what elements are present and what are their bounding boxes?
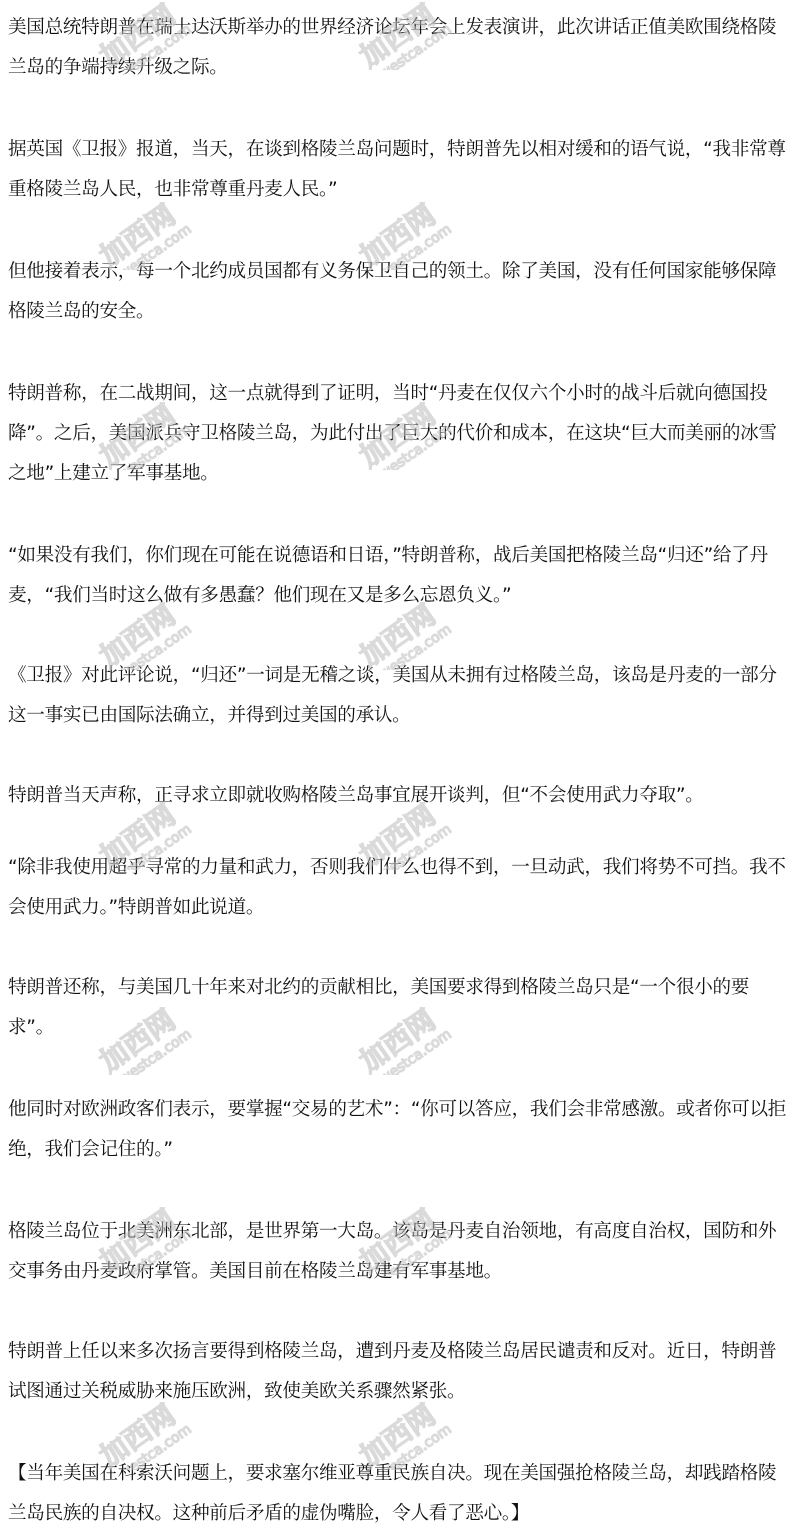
paragraph: 特朗普称，在二战期间，这一点就得到了证明，当时“丹麦在仅仅六个小时的战斗后就向德… [8, 374, 794, 494]
paragraph: 格陵兰岛位于北美洲东北部，是世界第一大岛。该岛是丹麦自治领地，有高度自治权，国防… [8, 1212, 794, 1292]
paragraph: 《卫报》对此评论说，“归还”一词是无稽之谈，美国从未拥有过格陵兰岛，该岛是丹麦的… [8, 656, 794, 736]
paragraph: 特朗普上任以来多次扬言要得到格陵兰岛，遭到丹麦及格陵兰岛居民谴责和反对。近日，特… [8, 1332, 794, 1412]
paragraph: 特朗普还称，与美国几十年来对北约的贡献相比，美国要求得到格陵兰岛只是“一个很小的… [8, 968, 794, 1048]
paragraph: 美国总统特朗普在瑞士达沃斯举办的世界经济论坛年会上发表演讲，此次讲话正值美欧围绕… [8, 8, 794, 88]
paragraph: 他同时对欧洲政客们表示，要掌握“交易的艺术”：“你可以答应，我们会非常感激。或者… [8, 1090, 794, 1170]
paragraph: 但他接着表示，每一个北约成员国都有义务保卫自己的领土。除了美国，没有任何国家能够… [8, 252, 794, 332]
paragraph: 特朗普当天声称，正寻求立即就收购格陵兰岛事宜展开谈判，但“不会使用武力夺取”。 [8, 776, 794, 816]
paragraph: 据英国《卫报》报道，当天，在谈到格陵兰岛问题时，特朗普先以相对缓和的语气说，“我… [8, 130, 794, 210]
paragraph: “除非我使用超乎寻常的力量和武力，否则我们什么也得不到，一旦动武，我们将势不可挡… [8, 848, 794, 928]
emphasis-paragraph: 【当年美国在科索沃问题上，要求塞尔维亚尊重民族自决。现在美国强抢格陵兰岛，却践踏… [8, 1454, 794, 1534]
paragraph: “如果没有我们，你们现在可能在说德语和日语，”特朗普称，战后美国把格陵兰岛“归还… [8, 536, 794, 616]
